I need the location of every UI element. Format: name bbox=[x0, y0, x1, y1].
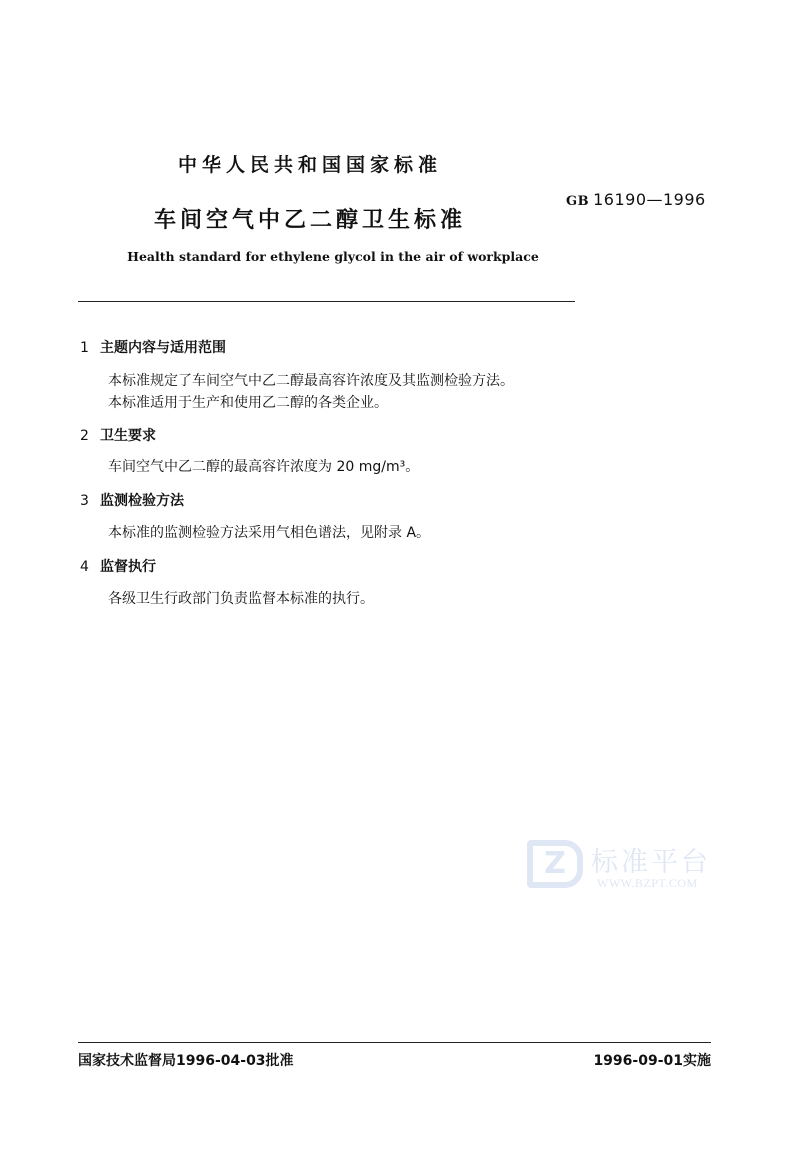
section-3-heading: 3监测检验方法 bbox=[80, 490, 184, 510]
section-number: 2 bbox=[80, 428, 100, 444]
section-title: 监测检验方法 bbox=[100, 493, 184, 509]
paragraph: 车间空气中乙二醇的最高容许浓度为 20 mg/m³。 bbox=[108, 456, 419, 478]
section-number: 1 bbox=[80, 340, 100, 356]
section-4-heading: 4监督执行 bbox=[80, 556, 156, 576]
section-3-body: 本标准的监测检验方法采用气相色谱法，见附录 A。 bbox=[108, 522, 430, 544]
paragraph: 本标准规定了车间空气中乙二醇最高容许浓度及其监测检验方法。 bbox=[108, 370, 514, 392]
watermark-name: 标准平台 bbox=[591, 840, 711, 879]
section-1-heading: 1主题内容与适用范围 bbox=[80, 337, 226, 357]
section-title: 卫生要求 bbox=[100, 428, 156, 444]
document-title-cn: 车间空气中乙二醇卫生标准 bbox=[0, 203, 620, 234]
section-4-body: 各级卫生行政部门负责监督本标准的执行。 bbox=[108, 588, 374, 610]
section-number: 3 bbox=[80, 493, 100, 509]
section-number: 4 bbox=[80, 559, 100, 575]
standard-type: 中华人民共和国国家标准 bbox=[0, 150, 620, 177]
section-2-body: 车间空气中乙二醇的最高容许浓度为 20 mg/m³。 bbox=[108, 456, 419, 478]
watermark-url: WWW.BZPT.COM bbox=[597, 876, 698, 891]
approval-date: 国家技术监督局1996-04-03批准 bbox=[78, 1050, 294, 1070]
section-2-heading: 2卫生要求 bbox=[80, 425, 156, 445]
bz-logo-icon: Z bbox=[527, 840, 583, 888]
section-title: 主题内容与适用范围 bbox=[100, 340, 226, 356]
paragraph: 本标准适用于生产和使用乙二醇的各类企业。 bbox=[108, 392, 514, 414]
section-title: 监督执行 bbox=[100, 559, 156, 575]
document-title-en: Health standard for ethylene glycol in t… bbox=[0, 249, 666, 264]
paragraph: 各级卫生行政部门负责监督本标准的执行。 bbox=[108, 588, 374, 610]
paragraph: 本标准的监测检验方法采用气相色谱法，见附录 A。 bbox=[108, 522, 430, 544]
footer-divider bbox=[78, 1042, 711, 1043]
header-divider bbox=[78, 301, 575, 302]
section-1-body: 本标准规定了车间空气中乙二醇最高容许浓度及其监测检验方法。 本标准适用于生产和使… bbox=[108, 370, 514, 414]
watermark: Z 标准平台 WWW.BZPT.COM bbox=[527, 840, 727, 900]
implementation-date: 1996-09-01实施 bbox=[593, 1050, 711, 1070]
